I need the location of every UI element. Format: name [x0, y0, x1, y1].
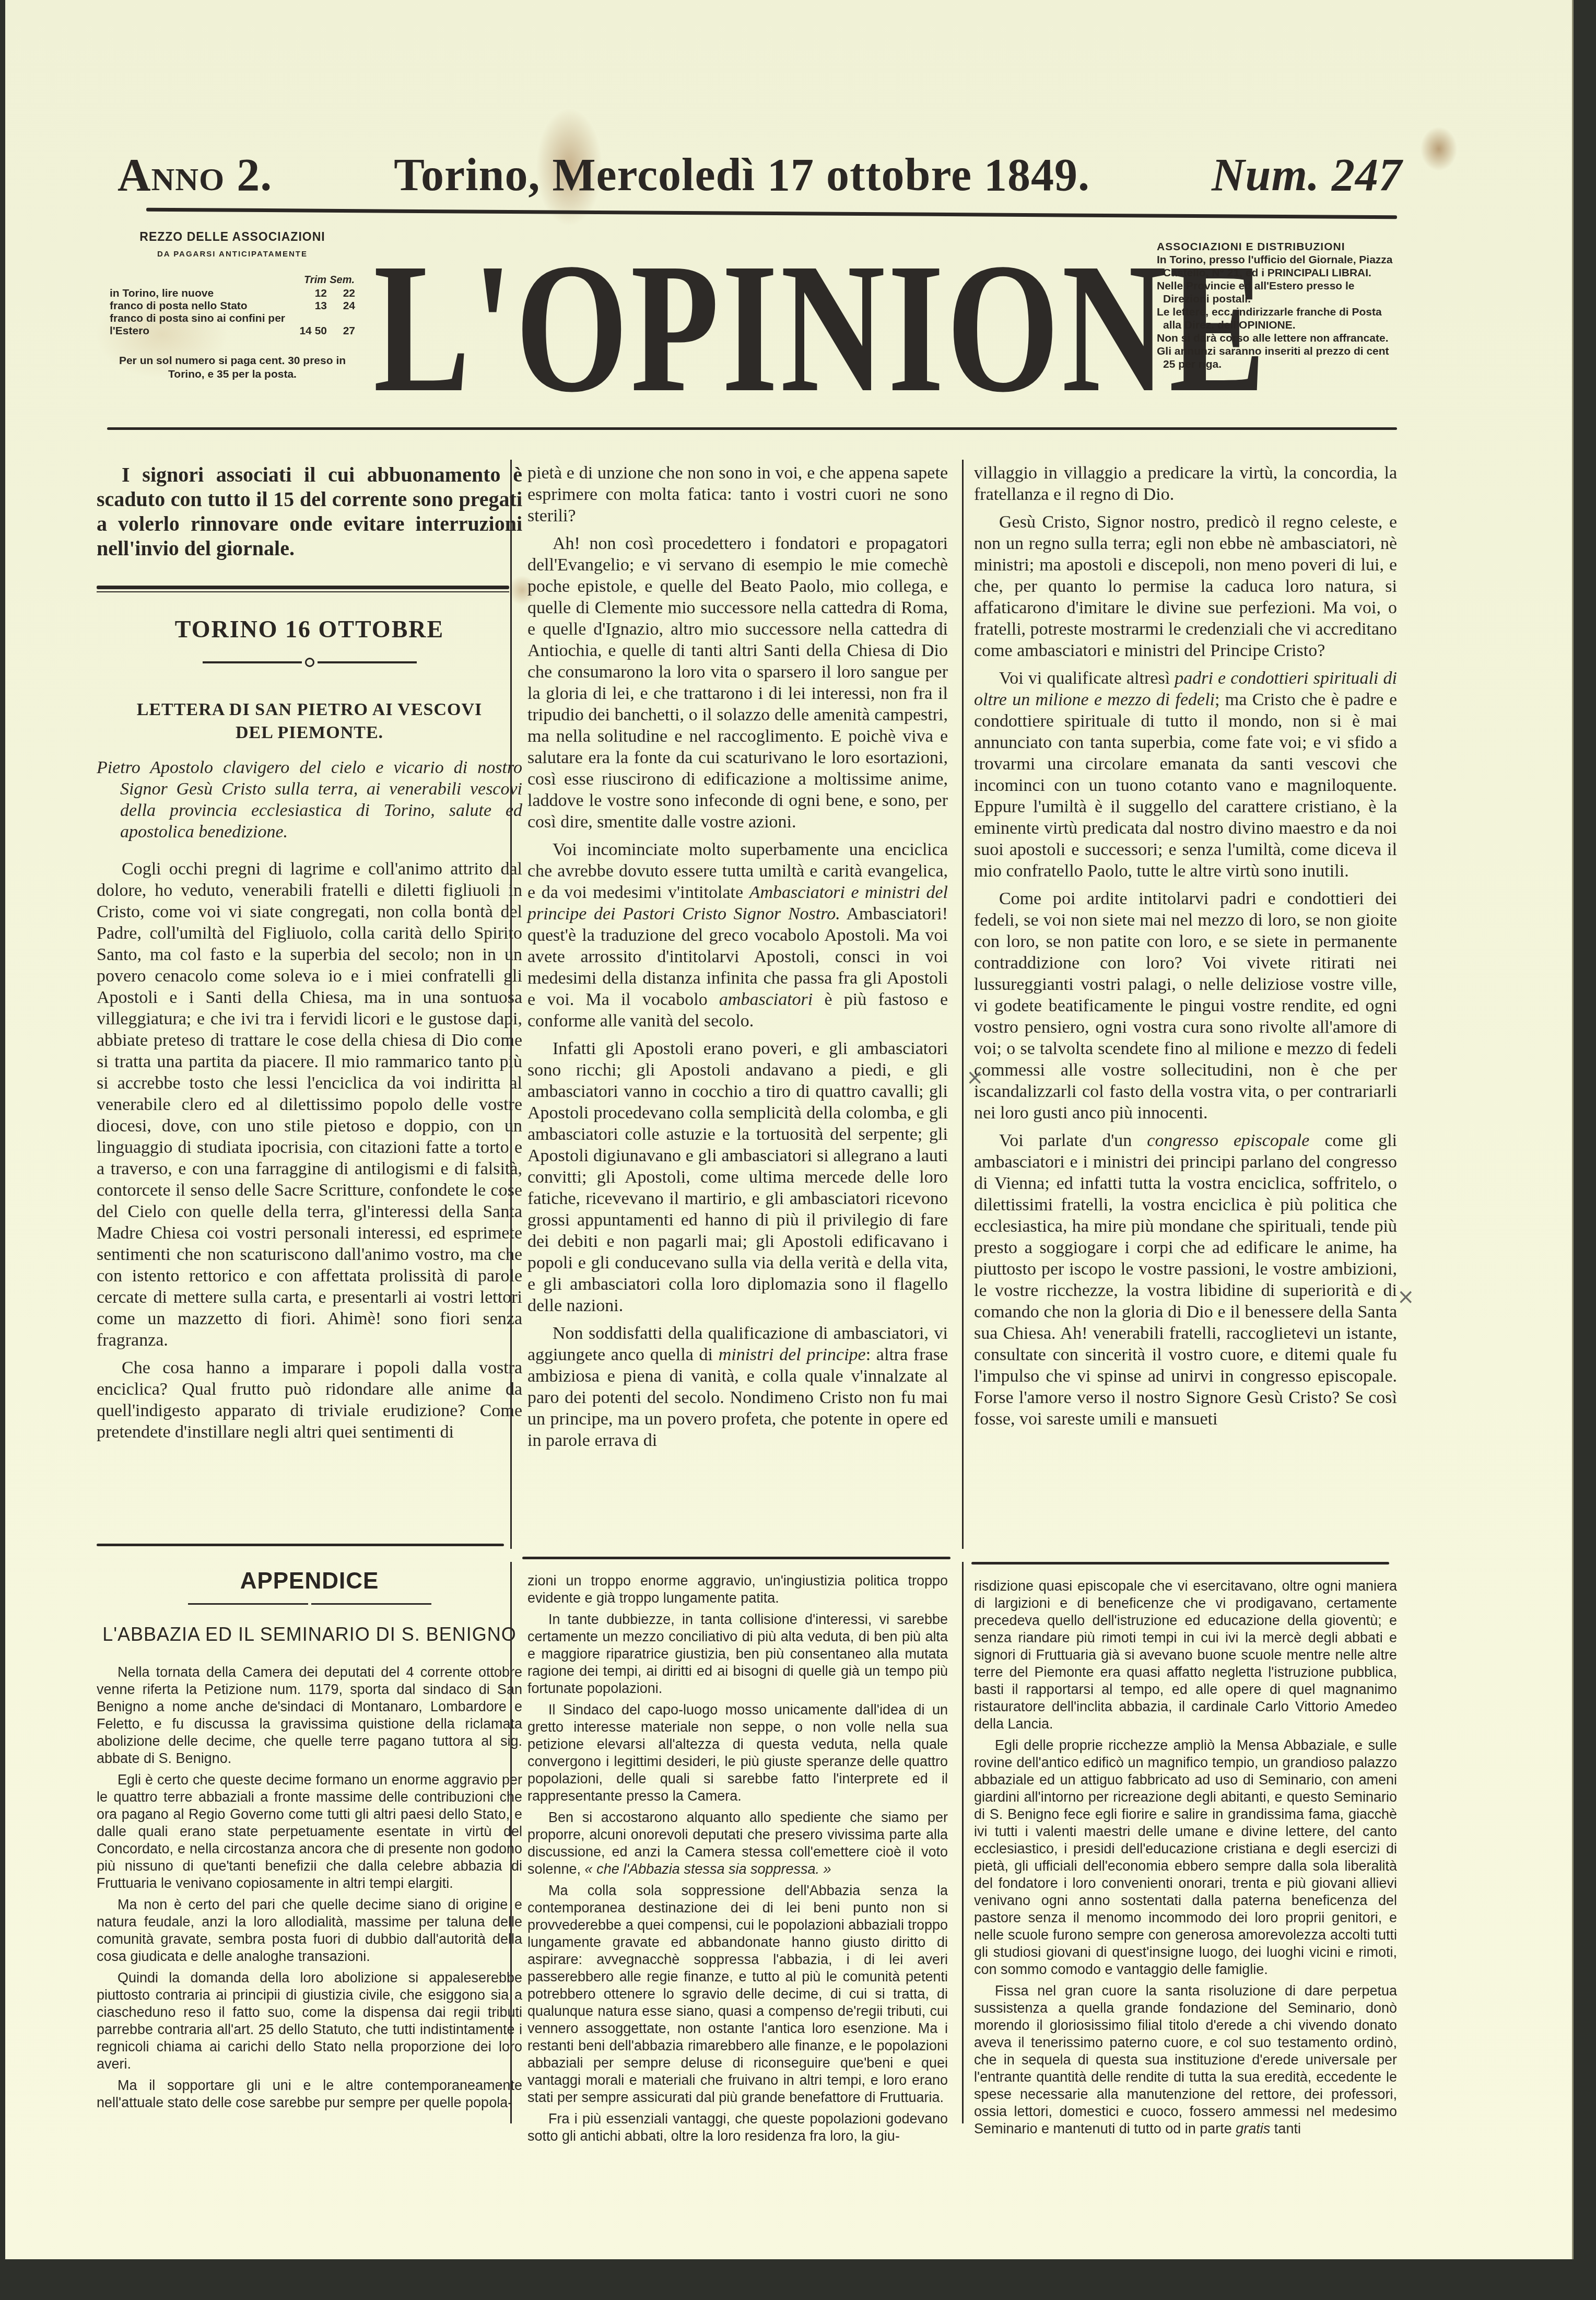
appendix-separator-rule: [971, 1562, 1389, 1565]
article-salutation: Pietro Apostolo clavigero del cielo e vi…: [97, 757, 522, 843]
column-divider: [962, 1562, 964, 2123]
article-paragraph: villaggio in villaggio a predicare la vi…: [974, 462, 1397, 505]
issue-date: Torino, Mercoledì 17 ottobre 1849.: [394, 149, 1090, 202]
appendix-paragraph: Egli è certo che queste decime formano u…: [97, 1771, 522, 1892]
appendix-column-2: zioni un troppo enorme aggravio, un'ingi…: [527, 1572, 948, 2149]
article-paragraph: pietà e di unzione che non sono in voi, …: [527, 462, 948, 527]
newspaper-title: L'OPINIONE: [373, 250, 972, 406]
distribution-item: Non si darà corso alle lettere non affra…: [1157, 332, 1397, 345]
text-run: Fissa nel gran cuore la santa risoluzion…: [974, 1983, 1397, 2136]
appendix-paragraph: Il Sindaco del capo-luogo mosso unicamen…: [527, 1701, 948, 1805]
article-paragraph: Voi vi qualificate altresì padri e condo…: [974, 668, 1397, 882]
article-paragraph: Gesù Cristo, Signor nostro, predicò il r…: [974, 511, 1397, 661]
year-of-publication: Anno 2.: [118, 149, 272, 202]
article-paragraph: Voi parlate d'un congresso episcopale co…: [974, 1130, 1397, 1430]
appendix-column-3: risdizione quasi episcopale che vi eserc…: [974, 1578, 1397, 2142]
italic-run: gratis: [1236, 2121, 1270, 2136]
price-trim: 13: [299, 300, 327, 312]
italic-run: ministri del principe: [719, 1345, 866, 1364]
price-table: Trim Sem. in Torino, lire nuove 12 22 fr…: [110, 273, 355, 337]
column-3-top: villaggio in villaggio a predicare la vi…: [974, 462, 1397, 1436]
column-2-top: pietà e di unzione che non sono in voi, …: [527, 462, 948, 1457]
col-header-sem: Sem.: [327, 273, 355, 287]
distribution-item: Nelle Provincie ed all'Estero presso le …: [1157, 279, 1397, 306]
appendix-paragraph: Nella tornata della Camera dei deputati …: [97, 1664, 522, 1767]
italic-run: « che l'Abbazia stessa sia soppressa. »: [585, 1861, 831, 1877]
text-run: come gli ambasciatori e i ministri dei p…: [974, 1131, 1397, 1429]
appendix-paragraph: Ma il sopportare gli uni e le altre cont…: [97, 2077, 522, 2111]
price-row-label: in Torino, lire nuove: [110, 287, 299, 300]
price-sem: 24: [327, 300, 355, 312]
appendix-title: L'ABBAZIA ED IL SEMINARIO DI S. BENIGNO: [97, 1626, 522, 1643]
appendix-paragraph: zioni un troppo enorme aggravio, un'ingi…: [527, 1572, 948, 1607]
price-row: in Torino, lire nuove 12 22: [110, 287, 355, 300]
section-rule: [97, 586, 509, 589]
subscription-subheading: DA PAGARSI ANTICIPATAMENTE: [110, 248, 355, 261]
article-title-line-2: DEL PIEMONTE.: [97, 721, 522, 744]
appendix-paragraph: Quindi la domanda della loro abolizione …: [97, 1969, 522, 2073]
subscription-heading: REZZO DELLE ASSOCIAZIONI: [110, 230, 355, 243]
col-header-trim: Trim: [299, 273, 327, 287]
appendix-heading: APPENDICE: [97, 1572, 522, 1590]
dateline-bar: Anno 2. Torino, Mercoledì 17 ottobre 184…: [118, 149, 1402, 206]
appendix-paragraph: Fissa nel gran cuore la santa risoluzion…: [974, 1982, 1397, 2138]
price-sem: 22: [327, 287, 355, 300]
appendix-paragraph: Egli delle proprie ricchezze ampliò la M…: [974, 1737, 1397, 1978]
price-trim: 14 50: [299, 312, 327, 337]
article-paragraph: Che cosa hanno a imparare i popoli dalla…: [97, 1357, 522, 1443]
text-run: Voi parlate d'un: [999, 1131, 1132, 1150]
column-1-top: I signori associati il cui abbuonamento …: [97, 462, 522, 1449]
appendix-column-1: APPENDICE L'ABBAZIA ED IL SEMINARIO DI S…: [97, 1572, 522, 2116]
pencil-mark-x: ×: [966, 1066, 984, 1090]
ornament-divider: [97, 1603, 522, 1605]
subscription-prices-box: REZZO DELLE ASSOCIAZIONI DA PAGARSI ANTI…: [110, 230, 355, 381]
appendix-paragraph: Ben si accostarono alquanto allo spedien…: [527, 1809, 948, 1878]
appendix-paragraph: Ma non è certo del pari che quelle decim…: [97, 1896, 522, 1965]
italic-run: congresso episcopale: [1147, 1131, 1309, 1150]
text-run: Voi vi qualificate altresì: [999, 669, 1170, 688]
distribution-item: Gli annunzi saranno inseriti al prezzo d…: [1157, 345, 1397, 371]
article-paragraph: Come poi ardite intitolarvi padri e cond…: [974, 888, 1397, 1124]
text-run: tanti: [1274, 2121, 1301, 2136]
article-paragraph: Ah! non così procedettero i fondatori e …: [527, 533, 948, 833]
italic-run: ambasciatori: [719, 990, 813, 1009]
article-paragraph: Voi incominciate molto superbamente una …: [527, 839, 948, 1032]
pencil-mark-x: ×: [1397, 1285, 1415, 1309]
price-row-label: franco di posta nello Stato: [110, 300, 299, 312]
single-issue-price: Per un sol numero si paga cent. 30 preso…: [110, 354, 355, 381]
distribution-heading: ASSOCIAZIONI E DISTRIBUZIONI: [1157, 240, 1397, 253]
newspaper-page: Anno 2. Torino, Mercoledì 17 ottobre 184…: [5, 0, 1574, 2259]
article-title-line-1: LETTERA DI SAN PIETRO AI VESCOVI: [97, 698, 522, 721]
price-trim: 12: [299, 287, 327, 300]
appendix-paragraph: Fra i più essenziali vantaggi, che quest…: [527, 2110, 948, 2145]
subscription-renewal-notice: I signori associati il cui abbuonamento …: [97, 462, 522, 561]
masthead-bottom-rule: [107, 427, 1397, 430]
ornament-divider: [97, 658, 522, 667]
article-paragraph: Cogli occhi pregni di lagrime e coll'ani…: [97, 858, 522, 1351]
appendix-separator-rule: [97, 1544, 504, 1546]
appendix-paragraph: In tante dubbiezze, in tanta collisione …: [527, 1611, 948, 1697]
appendix-paragraph: Ma colla sola soppressione dell'Abbazia …: [527, 1882, 948, 2106]
appendix-paragraph: risdizione quasi episcopale che vi eserc…: [974, 1578, 1397, 1733]
price-sem: 27: [327, 312, 355, 337]
masthead-top-rule: [146, 208, 1397, 219]
article-paragraph: Non soddisfatti della qualificazione di …: [527, 1323, 948, 1451]
distribution-item: Le lettere, ecc. indirizzarle franche di…: [1157, 306, 1397, 332]
section-head-torino: TORINO 16 OTTOBRE: [97, 618, 522, 640]
appendix-separator-rule: [522, 1557, 950, 1559]
issue-number: Num. 247: [1212, 149, 1402, 202]
text-run: ; ma Cristo che è padre e condottiere sp…: [974, 690, 1397, 881]
distribution-item: In Torino, presso l'ufficio del Giornale…: [1157, 253, 1397, 279]
notice-text: I signori associati il cui abbuonamento …: [97, 462, 522, 561]
price-row: franco di posta nello Stato 13 24: [110, 300, 355, 312]
price-row-label: franco di posta sino ai confini per l'Es…: [110, 312, 299, 337]
price-row: franco di posta sino ai confini per l'Es…: [110, 312, 355, 337]
column-divider: [962, 460, 964, 1549]
distribution-box: ASSOCIAZIONI E DISTRIBUZIONI In Torino, …: [1157, 240, 1397, 371]
section-rule-thin: [97, 591, 509, 592]
article-paragraph: Infatti gli Apostoli erano poveri, e gli…: [527, 1038, 948, 1316]
